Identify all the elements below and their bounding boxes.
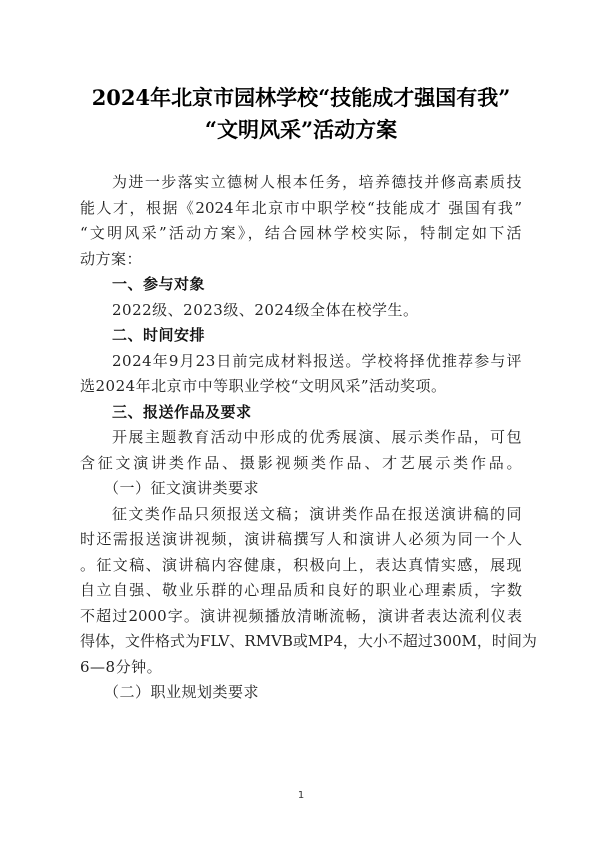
- subsection-heading-essay-speech: （一）征文演讲类要求: [80, 476, 522, 502]
- section-text: 2024年9月23日前完成材料报送。学校将择优推荐参与评: [80, 349, 522, 375]
- document-title: 2024年北京市园林学校“技能成才强国有我” “文明风采”活动方案: [60, 82, 542, 146]
- subsection-text: 时还需报送演讲视频，演讲稿撰写人和演讲人必须为同一个人: [80, 527, 522, 553]
- section-text: 2022级、2023级、2024级全体在校学生。: [80, 298, 522, 324]
- section-heading-participants: 一、参与对象: [80, 272, 522, 298]
- subsection-text: 征文类作品只须报送文稿；演讲类作品在报送演讲稿的同: [80, 502, 522, 528]
- title-line-1: 2024年北京市园林学校“技能成才强国有我”: [60, 82, 542, 114]
- page-number: 1: [0, 790, 602, 801]
- intro-line: 动方案：: [80, 247, 522, 273]
- subsection-text: 自立自强、敬业乐群的心理品质和良好的职业心理素质，字数: [80, 578, 522, 604]
- intro-line: 能人才，根据《2024年北京市中职学校“技能成才 强国有我”: [80, 196, 522, 222]
- section-text: 开展主题教育活动中形成的优秀展演、展示类作品，可包: [80, 425, 522, 451]
- document-body: 为进一步落实立德树人根本任务，培养德技并修高素质技 能人才，根据《2024年北京…: [80, 170, 522, 706]
- title-line-2: “文明风采”活动方案: [60, 114, 542, 146]
- document-page: 2024年北京市园林学校“技能成才强国有我” “文明风采”活动方案 为进一步落实…: [0, 0, 602, 852]
- section-heading-submissions: 三、报送作品及要求: [80, 400, 522, 426]
- subsection-text: 不超过2000字。演讲视频播放清晰流畅，演讲者表达流利仪表: [80, 604, 522, 630]
- intro-line: “文明风采”活动方案》，结合园林学校实际，特制定如下活: [80, 221, 522, 247]
- subsection-text: 得体，文件格式为FLV、RMVB或MP4，大小不超过300M，时间为: [80, 629, 522, 655]
- subsection-heading-career-planning: （二）职业规划类要求: [80, 680, 522, 706]
- section-heading-schedule: 二、时间安排: [80, 323, 522, 349]
- section-text: 选2024年北京市中等职业学校“文明风采”活动奖项。: [80, 374, 522, 400]
- intro-line: 为进一步落实立德树人根本任务，培养德技并修高素质技: [80, 170, 522, 196]
- section-text: 含征文演讲类作品、摄影视频类作品、才艺展示类作品。: [80, 451, 522, 477]
- subsection-text: 。征文稿、演讲稿内容健康，积极向上，表达真情实感，展现: [80, 553, 522, 579]
- subsection-text: 6—8分钟。: [80, 655, 522, 681]
